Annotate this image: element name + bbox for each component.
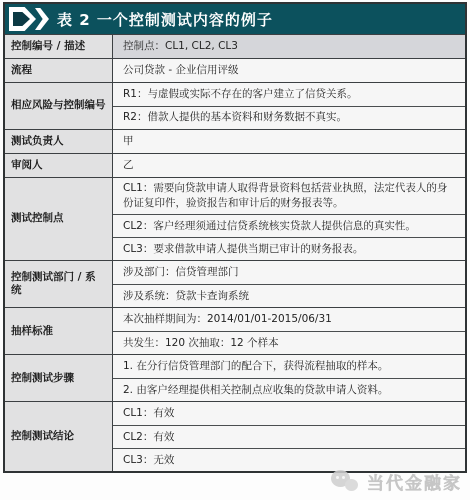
row-label: 审阅人 xyxy=(5,154,113,177)
row-content: CL1：有效CL2：有效CL3：无效 xyxy=(113,402,465,471)
row-label: 控制编号 / 描述 xyxy=(5,35,113,58)
row-value: 甲 xyxy=(113,130,465,153)
row-content: 公司贷款 - 企业信用评级 xyxy=(113,59,465,82)
table-row: 流程公司贷款 - 企业信用评级 xyxy=(5,58,465,82)
row-value: R2：借款人提供的基本资料和财务数据不真实。 xyxy=(113,106,465,129)
watermark-text: 当代金融家 xyxy=(367,469,462,494)
row-value: 乙 xyxy=(113,154,465,177)
row-value: R1：与虚假或实际不存在的客户建立了信贷关系。 xyxy=(113,83,465,106)
bubble-eye xyxy=(336,476,339,479)
row-label: 控制测试部门 / 系统 xyxy=(5,261,113,307)
row-content: 1. 在分行信贷管理部门的配合下，获得流程抽取的样本。2. 由客户经理提供相关控… xyxy=(113,355,465,401)
row-value: 本次抽样期间为：2014/01/01-2015/06/31 xyxy=(113,308,465,331)
row-content: 本次抽样期间为：2014/01/01-2015/06/31共发生：120 次抽取… xyxy=(113,308,465,354)
row-content: R1：与虚假或实际不存在的客户建立了信贷关系。R2：借款人提供的基本资料和财务数… xyxy=(113,83,465,129)
table-document: 表 2 一个控制测试内容的例子 控制编号 / 描述控制点：CL1, CL2, C… xyxy=(3,2,467,473)
table-row: 相应风险与控制编号R1：与虚假或实际不存在的客户建立了信贷关系。R2：借款人提供… xyxy=(5,82,465,129)
watermark: 当代金融家 xyxy=(331,469,462,494)
row-value: 2. 由客户经理提供相关控制点应收集的贷款申请人资料。 xyxy=(113,378,465,401)
row-label: 测试控制点 xyxy=(5,178,113,260)
table-row: 审阅人乙 xyxy=(5,153,465,177)
row-content: 乙 xyxy=(113,154,465,177)
table-row: 控制编号 / 描述控制点：CL1, CL2, CL3 xyxy=(5,34,465,58)
page: 表 2 一个控制测试内容的例子 控制编号 / 描述控制点：CL1, CL2, C… xyxy=(0,0,470,500)
row-value: 公司贷款 - 企业信用评级 xyxy=(113,59,465,82)
row-label: 抽样标准 xyxy=(5,308,113,354)
row-value: CL2：有效 xyxy=(113,425,465,448)
table-row: 测试负责人甲 xyxy=(5,129,465,153)
row-value: CL3：无效 xyxy=(113,448,465,471)
table-row: 控制测试步骤1. 在分行信贷管理部门的配合下，获得流程抽取的样本。2. 由客户经… xyxy=(5,354,465,401)
table-title-bar: 表 2 一个控制测试内容的例子 xyxy=(5,4,465,34)
row-value: CL2：客户经理须通过信贷系统核实贷款人提供信息的真实性。 xyxy=(113,214,465,237)
row-content: CL1：需要向贷款申请人取得背景资料包括营业执照，法定代表人的身份证复印件，验资… xyxy=(113,178,465,260)
row-content: 甲 xyxy=(113,130,465,153)
row-label: 流程 xyxy=(5,59,113,82)
row-value: 1. 在分行信贷管理部门的配合下，获得流程抽取的样本。 xyxy=(113,355,465,378)
row-value: 共发生：120 次抽取：12 个样本 xyxy=(113,331,465,354)
row-value: 涉及系统：贷款卡查询系统 xyxy=(113,284,465,307)
row-label: 控制测试步骤 xyxy=(5,355,113,401)
arrow-right-icon xyxy=(9,7,49,31)
row-label: 控制测试结论 xyxy=(5,402,113,471)
row-label: 相应风险与控制编号 xyxy=(5,83,113,129)
table-row: 控制测试结论CL1：有效CL2：有效CL3：无效 xyxy=(5,401,465,471)
row-value: CL1：需要向贷款申请人取得背景资料包括营业执照，法定代表人的身份证复印件，验资… xyxy=(113,178,465,214)
bubble-small xyxy=(345,479,358,491)
table-row: 测试控制点CL1：需要向贷款申请人取得背景资料包括营业执照，法定代表人的身份证复… xyxy=(5,177,465,260)
table-row: 控制测试部门 / 系统涉及部门：信贷管理部门涉及系统：贷款卡查询系统 xyxy=(5,260,465,307)
row-value: 涉及部门：信贷管理部门 xyxy=(113,261,465,284)
row-content: 涉及部门：信贷管理部门涉及系统：贷款卡查询系统 xyxy=(113,261,465,307)
row-label: 测试负责人 xyxy=(5,130,113,153)
chevron-right-icon xyxy=(35,8,49,30)
chat-bubbles-logo-icon xyxy=(331,470,361,494)
table-title: 表 2 一个控制测试内容的例子 xyxy=(57,9,273,30)
table-row: 抽样标准本次抽样期间为：2014/01/01-2015/06/31共发生：120… xyxy=(5,307,465,354)
bubble-eye xyxy=(342,476,345,479)
row-content: 控制点：CL1, CL2, CL3 xyxy=(113,35,465,58)
row-value: 控制点：CL1, CL2, CL3 xyxy=(113,35,465,58)
row-value: CL3：要求借款申请人提供当期已审计的财务报表。 xyxy=(113,237,465,260)
table-body: 控制编号 / 描述控制点：CL1, CL2, CL3流程公司贷款 - 企业信用评… xyxy=(5,34,465,471)
row-value: CL1：有效 xyxy=(113,402,465,425)
